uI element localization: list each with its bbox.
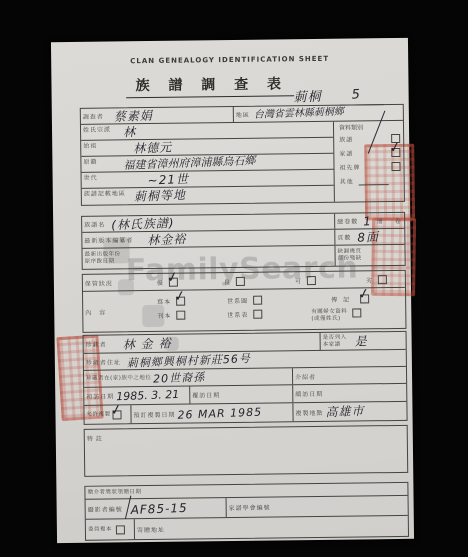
checkbox-biography-checked [360, 294, 369, 303]
checkbox-copy-permit-checked [112, 410, 121, 419]
first-visit-label: 初訪日期 [84, 391, 116, 400]
checkbox-printed [176, 311, 185, 320]
compiler-label: 最新版本編纂者 [82, 235, 135, 245]
origin-value: 福建省漳州府漳浦縣烏石鄉 [123, 155, 255, 171]
photographer-number-label: 攝影者編號 [86, 504, 125, 513]
volumes-unit-ce: 冊 [375, 216, 386, 225]
book-name-value: (林氏族譜) [111, 216, 175, 230]
generations-value: ~21世 [147, 172, 189, 186]
copy-permit-label: 允許複製 [84, 411, 112, 418]
district-value: 台灣省雲林縣莿桐鄉 [254, 107, 344, 120]
volumes-value: 1 [363, 215, 372, 227]
first-visit-value: 1985. 3. 21 [116, 389, 179, 402]
handwritten-annotation: 莿桐 [293, 91, 321, 105]
copy-place-value: 高雄市 [325, 405, 364, 418]
introducer-label: 介紹者 [293, 371, 318, 380]
scanned-genealogy-form: FamilySearch CLAN GENEALOGY IDENTIFICATI… [51, 38, 414, 543]
content-option-label: 寫本 [155, 297, 173, 306]
category-option-label: 其他 [338, 176, 356, 185]
condition-label: 保管狀況 [83, 277, 151, 287]
origin-label: 原籍 [81, 156, 123, 172]
condition-option-label: 優 [155, 277, 166, 286]
revisit-label: 覆訪日期 [190, 390, 222, 399]
category-option-label: 家譜 [337, 148, 355, 157]
holder-address-label: 珍藏者住址 [84, 357, 123, 366]
content-option-label: 刊本 [155, 311, 173, 320]
founder-value: 林德元 [133, 141, 172, 154]
content-option-label: 傳記 [329, 295, 357, 304]
condition-option-label: 可 [293, 276, 304, 285]
condition-option-label: 劣 [364, 275, 375, 284]
checkbox-poor [378, 275, 387, 284]
pages-label: 頁數 [335, 233, 353, 242]
content-label: 內容 [83, 306, 151, 316]
surname-label: 姓氏宗派 [81, 124, 123, 140]
followup-visit-label: 續訪日期 [293, 389, 325, 398]
holder-name-label: 珍藏者 [84, 340, 109, 349]
checkbox-fair [307, 275, 316, 284]
holder-name-value: 林金裕 [122, 336, 176, 350]
english-header: CLAN GENEALOGY IDENTIFICATION SHEET [51, 54, 408, 66]
admin-table: 贈介者獎狀領贈日期 攝影者編號 AF85-15 家譜學會編號 委員複本 寄贈地址 [84, 482, 409, 541]
category-option-label: 祖先牌 [337, 162, 362, 171]
content-option-label: 世系圖 [225, 296, 250, 305]
checkbox-ancestor-tablet [391, 161, 400, 170]
handwritten-page-number: 5 [351, 88, 361, 101]
copy-date-value: 26 MAR 1985 [177, 406, 262, 420]
preface-date-label: 原序跋日期 [83, 258, 123, 265]
coverage-label: 族譜記載地區 [82, 188, 128, 205]
holder-table: 珍藏者 林金裕 是否列入 本家譜 是 珍藏者住址 莿桐鄉興桐村新莊56号 珍藏者… [83, 331, 408, 425]
surname-value: 林 [123, 126, 136, 138]
volumes-label: 總卷數 [335, 216, 360, 225]
photographer-number-value: AF85-15 [130, 501, 187, 515]
district-label: 地區 [234, 110, 252, 119]
checkbox-pedigree-chart [253, 296, 262, 305]
copy-date-label: 預訂複製日期 [131, 409, 177, 419]
condition-option-label: 良 [222, 276, 233, 285]
listed-label: 本家譜 [321, 341, 349, 348]
award-date-label: 贈介者獎狀領贈日期 [85, 489, 143, 497]
content-option-sublabel: (或僅姓氏) [309, 316, 349, 323]
genealogy-book-table: 族譜名 (林氏族譜) 總卷數 1 冊 卷 最新版本編纂者 林金裕 頁數 8面 [81, 212, 406, 270]
copy-place-label: 複製地點 [293, 407, 325, 416]
investigator-label: 調查者 [81, 112, 106, 121]
send-address-label: 寄贈地址 [135, 524, 167, 533]
pages-value: 8面 [357, 230, 379, 243]
damaged-label: 部份殘缺 [336, 255, 364, 262]
survey-info-table: 調查者 蔡素娟 地區 台灣省雲林縣莿桐鄉 姓氏宗派 林 始祖 林德元 原籍 [80, 104, 405, 206]
checkbox-women-records [352, 309, 361, 318]
investigator-value: 蔡素娟 [114, 109, 153, 122]
checkbox-manuscript-checked [176, 297, 185, 306]
other-blank-line [359, 176, 389, 185]
special-note-label: 特註 [85, 430, 107, 443]
compiler-value: 林金裕 [147, 233, 186, 246]
checkbox-good [236, 276, 245, 285]
listed-value: 是 [354, 335, 367, 347]
holder-position-value: 20世裔孫 [153, 371, 205, 384]
checkbox-jiapu-checked [391, 147, 400, 156]
content-option-label: 世系表 [225, 310, 250, 319]
special-note-table: 特註 [84, 425, 409, 477]
listed-label: 是否列入 [321, 334, 349, 341]
checkbox-committee-copy [116, 525, 125, 534]
committee-copy-label: 委員複本 [86, 526, 114, 533]
founder-label: 始祖 [81, 140, 123, 156]
holder-position-label: 珍藏者在(家)族中之地位 [84, 375, 153, 383]
form-title: 族 譜 調 查 表 [125, 73, 294, 98]
checkbox-excellent-checked [169, 277, 178, 286]
condition-table: 保管狀況 優 良 可 劣 內容 寫本 [82, 270, 407, 333]
volumes-unit-juan: 卷 [393, 216, 404, 225]
category-option-label: 族譜 [337, 134, 355, 143]
generations-label: 世代 [82, 172, 124, 188]
coverage-value: 莿桐等地 [134, 189, 186, 203]
checkbox-pedigree-table [253, 310, 262, 319]
book-name-label: 族譜名 [82, 220, 107, 229]
holder-address-value: 莿桐鄉興桐村新莊56号 [127, 353, 251, 369]
society-number-label: 家譜學會編號 [227, 503, 273, 513]
